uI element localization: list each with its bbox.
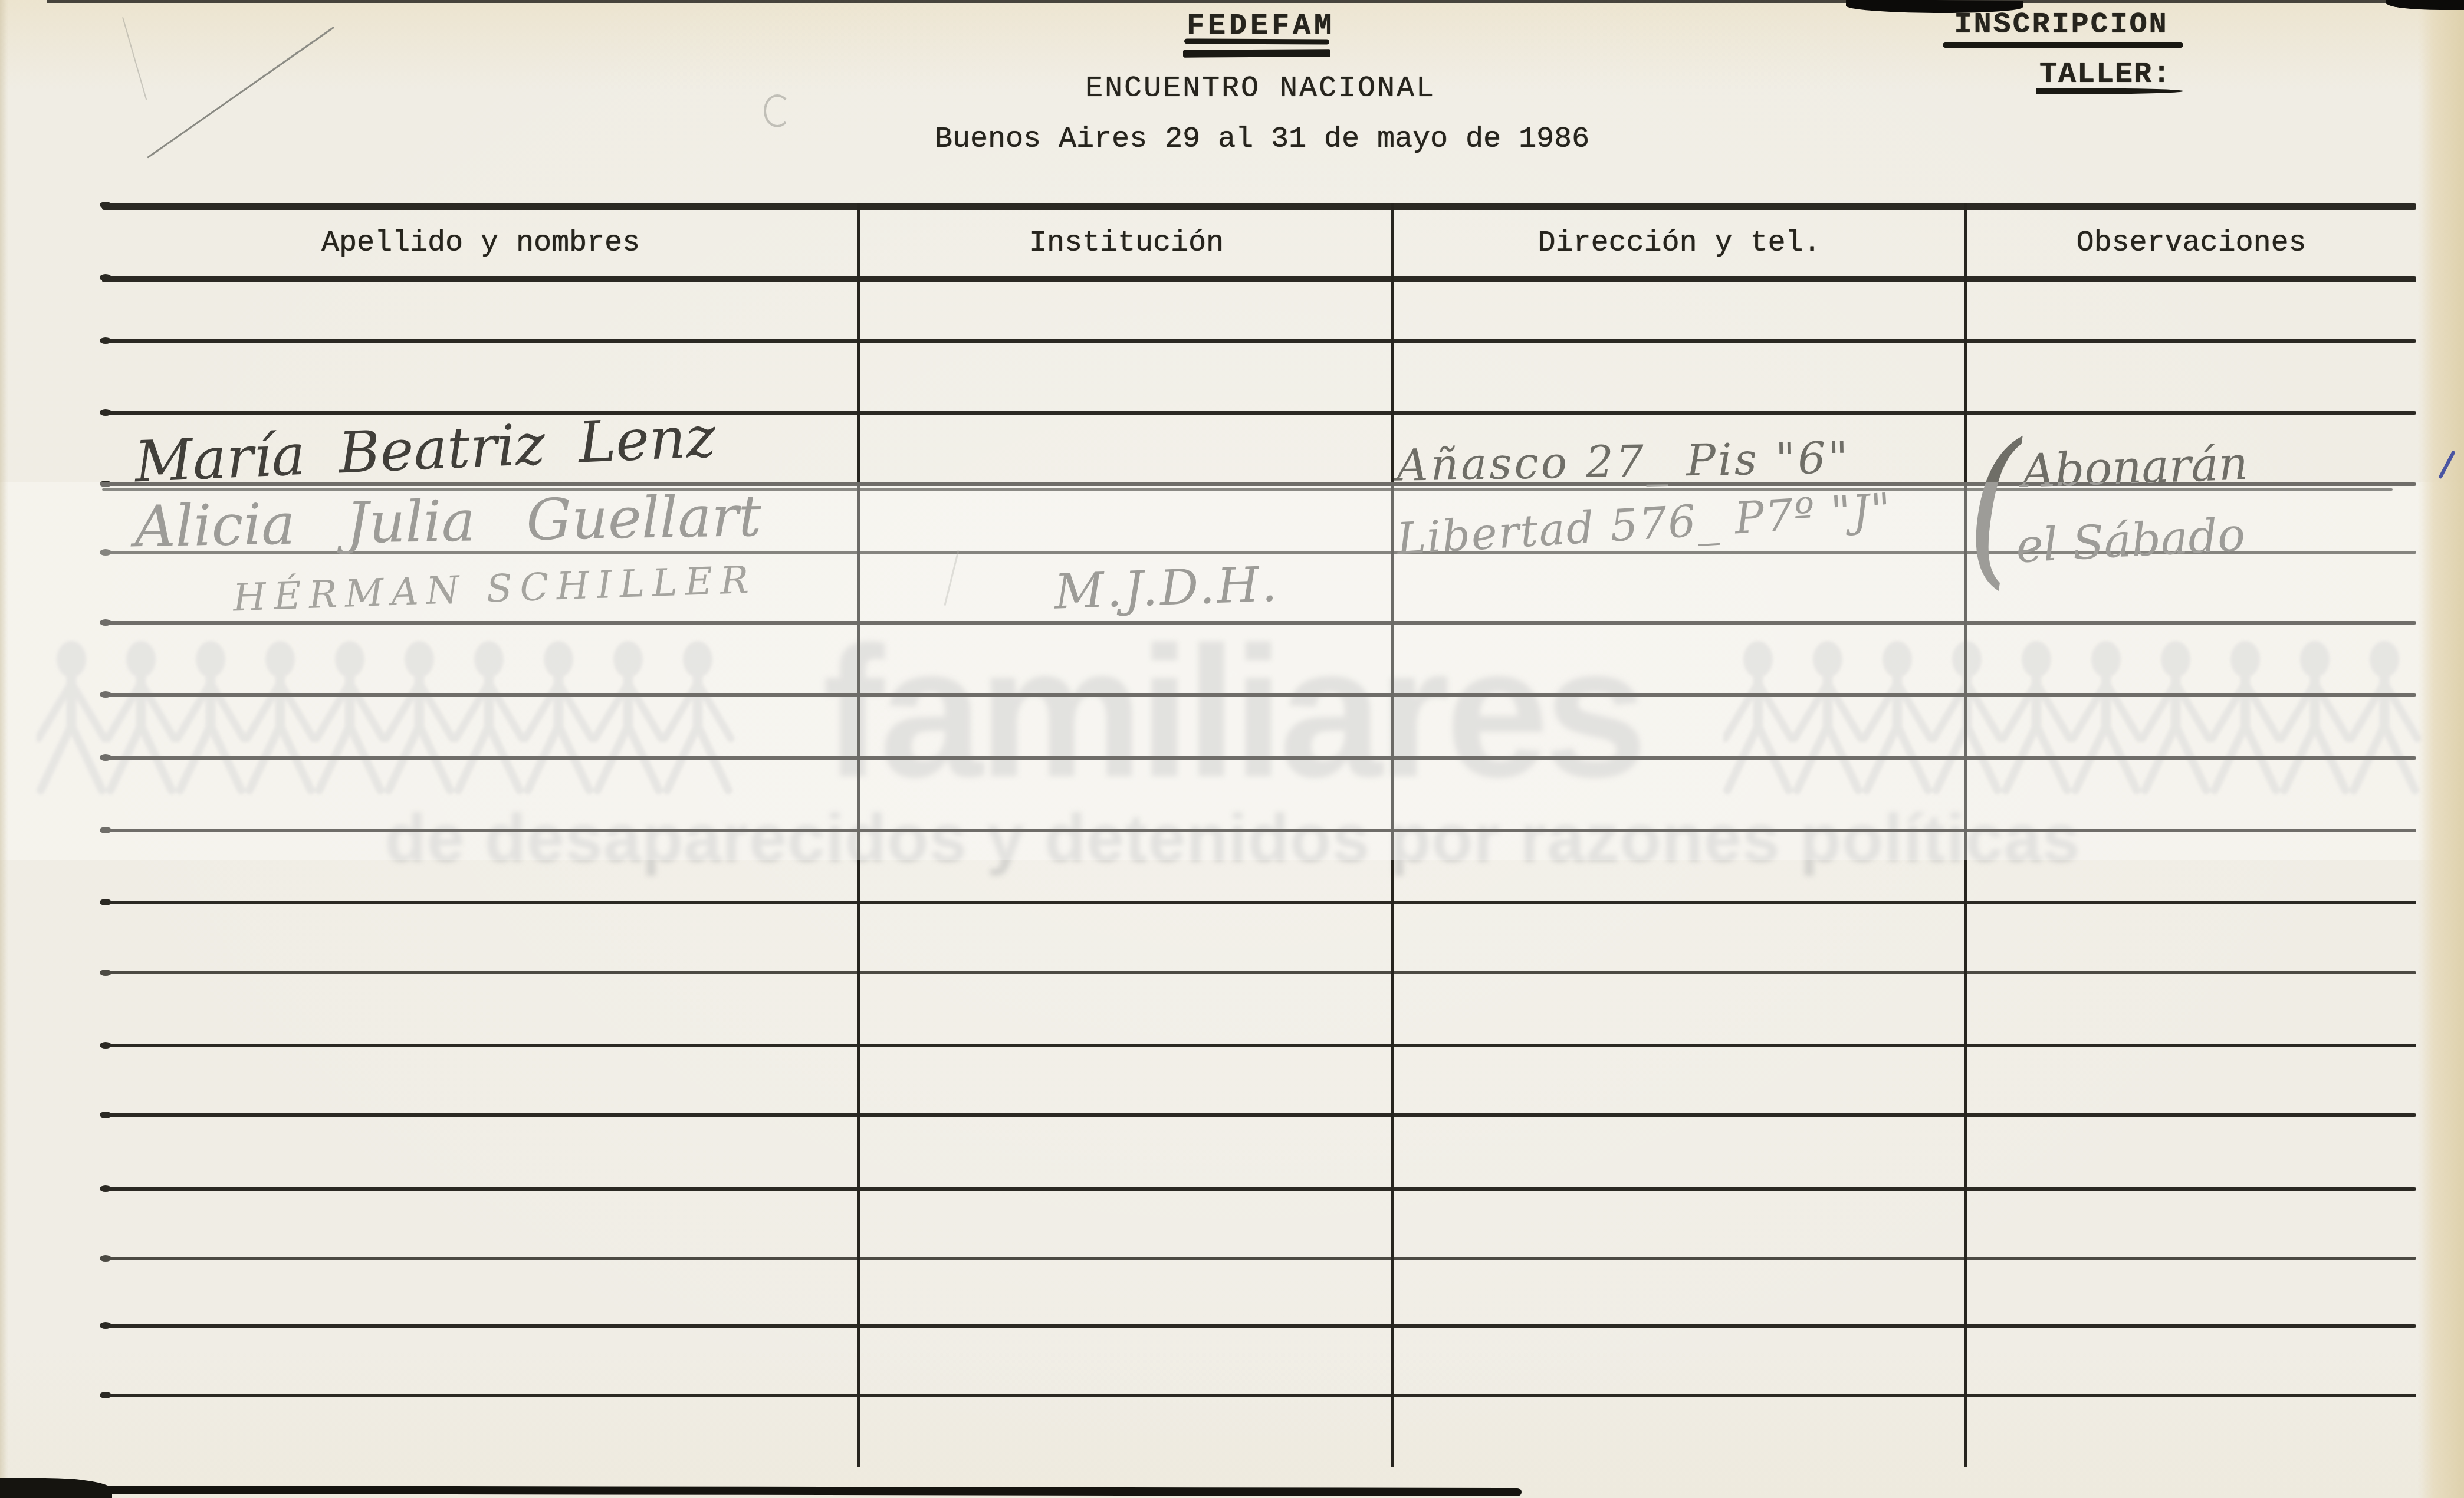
table-rule-line [102,1394,2416,1397]
handwritten-name: Hérman Schiller [232,559,757,620]
pencil-scratch [147,27,334,159]
org-title: FEDEFAM [1185,9,1336,43]
table-rule-line [102,203,2416,210]
watermark-subtitle: de desaparecidos y detenidos por razones… [248,805,2217,873]
event-title: ENCUENTRO NACIONAL [1085,72,1427,106]
form-title-underline [1943,42,2183,48]
table-rule-line [102,693,2416,697]
table-column-divider [1391,203,1394,1467]
table-rule-line [102,1113,2416,1117]
table-rule-line [102,756,2416,760]
table-rule-line [102,621,2416,625]
table-rule-line [102,829,2416,832]
table-rule-line [102,971,2416,974]
handwritten-address: Añasco 27_ Pis "6" [1396,432,1851,491]
scan-edge-bottom [88,1486,1522,1496]
table-rule-line [102,1187,2416,1191]
table-rule-line [102,339,2416,343]
table-rule-line [102,901,2416,904]
scan-edge-bottom-corner [0,1478,112,1498]
column-header-observaciones: Observaciones [1969,226,2414,260]
handwritten-brace: ( [1967,422,2021,592]
handwritten-name: Alicia Julia Guellart [134,483,762,560]
table-rule-line [102,1257,2416,1260]
table-rule-line [102,411,2416,415]
form-title: INSCRIPCION [1940,8,2182,42]
pencil-slash-mark [944,550,959,606]
column-header-institucion: Institución [861,226,1392,260]
handwritten-name: María Beatriz Lenz [133,404,717,495]
handwritten-observation: Abonarán [2021,437,2249,498]
column-header-direccion: Dirección y tel. [1395,226,1964,260]
workshop-label: TALLER: [2029,58,2182,91]
table-rule-line [102,1044,2416,1047]
scan-edge-top [47,0,2464,3]
pencil-scratch [122,17,147,100]
scan-margin-left [0,0,8,1498]
event-date-place: Buenos Aires 29 al 31 de mayo de 1986 [896,123,1628,156]
scanned-registration-form: familiares de desaparecidos y detenidos … [0,0,2464,1498]
paper-doll-chain-left [37,638,742,796]
org-title-underline [1183,49,1330,57]
table-column-divider [1964,203,1967,1467]
workshop-underline [2036,88,2183,94]
table-rule-line [102,276,2416,282]
handwritten-institution: M.J.D.H. [1053,556,1280,620]
table-rule-line [102,1324,2416,1328]
org-title-underline [1184,38,1329,44]
paper-doll-chain-right [1723,638,2429,796]
blue-pen-mark [2443,508,2464,569]
pencil-c-mark [764,94,791,127]
handwritten-observation: el Sábado [2015,508,2246,573]
table-column-divider [857,203,860,1467]
scan-edge-corner [2386,0,2464,10]
column-header-apellido: Apellido y nombres [177,226,784,260]
blue-pen-mark [2438,451,2456,479]
